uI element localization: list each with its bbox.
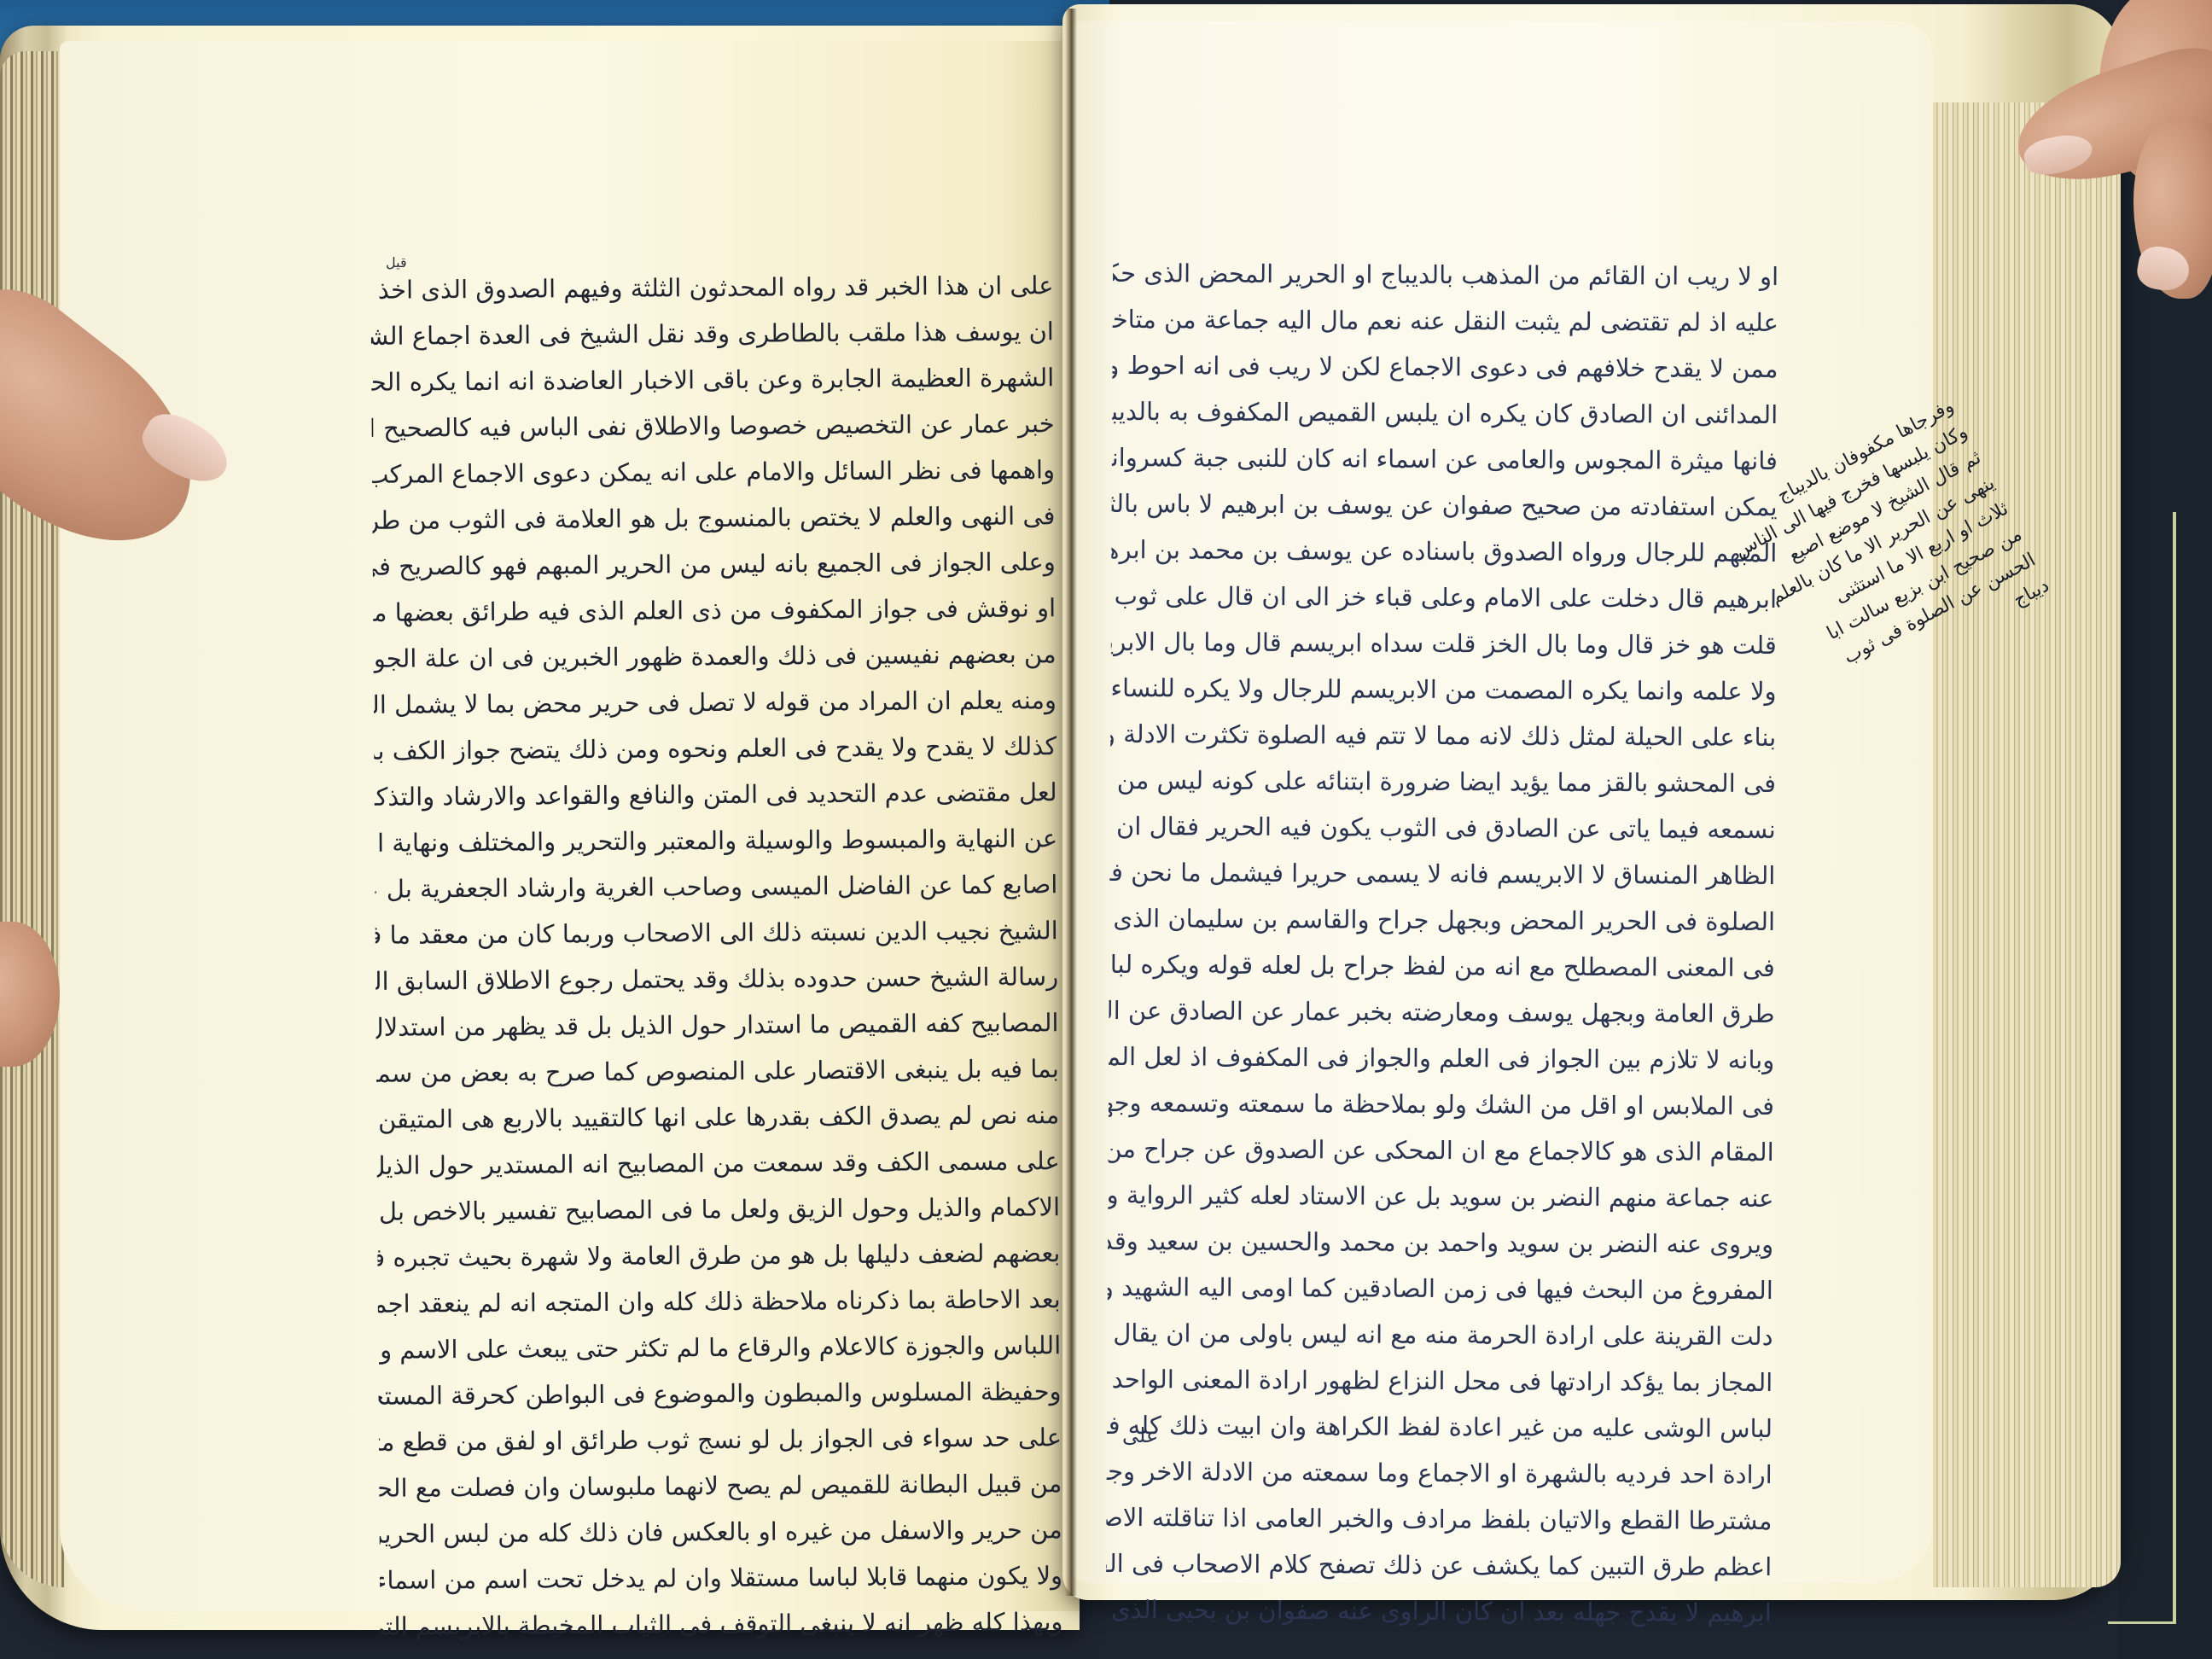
- text-line: على حد سواء فى الجواز بل لو نسج ثوب طرائ…: [379, 1414, 1062, 1465]
- text-line: نسمعه فيما ياتى عن الصادق فى الثوب يكون …: [1110, 803, 1776, 853]
- text-line: ابرهيم لا يقدح جهله بعد ان كان الراوى عن…: [1106, 1586, 1772, 1636]
- text-line: او لا ريب ان القائم من المذهب بالديباج ا…: [1113, 250, 1778, 300]
- left-page-edges: [0, 51, 64, 1587]
- text-line: الاكمام والذيل وحول الزيق ولعل ما فى الم…: [377, 1184, 1060, 1235]
- text-line: المجاز بما يؤكد ارادتها فى محل النزاع لظ…: [1107, 1356, 1773, 1406]
- text-line: خبر عمار عن التخصيص خصوصا والاطلاق نفى ا…: [371, 400, 1054, 451]
- catchword: على: [1122, 1423, 1158, 1447]
- text-line: ابرهيم قال دخلت على الامام وعلى قباء خز …: [1111, 573, 1777, 622]
- text-line: الصلوة فى الحرير المحض وبجهل جراح والقاس…: [1109, 895, 1775, 945]
- text-line: عليه اذ لم تقتضى لم يثبت النقل عنه نعم م…: [1113, 296, 1778, 346]
- text-line: منه نص لم يصدق الكف بقدرها على انها كالت…: [376, 1091, 1059, 1143]
- right-page-edges: [1933, 102, 2121, 1587]
- text-line: المقام الذى هو كالاجماع مع ان المحكى عن …: [1109, 1126, 1774, 1175]
- text-line: عن النهاية والمبسوط والوسيلة والمعتبر وا…: [375, 815, 1057, 866]
- text-line: وحفيظة المسلوس والمبطون والموضوع فى البو…: [378, 1368, 1061, 1419]
- text-line: من قبيل البطانة للقميص لم يصح لانهما ملب…: [379, 1460, 1062, 1511]
- text-line: اللباس والجوزة كالاعلام والرقاع ما لم تك…: [378, 1322, 1061, 1373]
- text-line: المدائنى ان الصادق كان يكره ان يلبس القم…: [1112, 388, 1778, 438]
- text-line: وعلى الجواز فى الجميع بانه ليس من الحرير…: [373, 538, 1056, 590]
- text-line: ويروى عنه النضر بن سويد واحمد بن محمد وا…: [1108, 1218, 1773, 1267]
- text-line: اصابع كما عن الفاضل الميسى وصاحب الغرية …: [375, 861, 1057, 912]
- text-line: طرق العامة وبجهل يوسف ومعارضته بخبر عمار…: [1109, 987, 1774, 1037]
- text-line: من بعضهم نفيسين فى ذلك والعمدة ظهور الخب…: [373, 631, 1056, 682]
- text-line: دلت القرينة على ارادة الحرمة منه مع انه …: [1107, 1310, 1773, 1359]
- text-line: لباس الوشى عليه من غير اعادة لفظ الكراهة…: [1107, 1402, 1773, 1452]
- text-line: بما فيه بل ينبغى الاقتصار على المنصوص كم…: [376, 1045, 1059, 1097]
- book-gutter: [1065, 9, 1077, 1596]
- text-line: فى المحشو بالقز مما يؤيد ايضا ضرورة ابتن…: [1110, 757, 1776, 806]
- text-line: الشيخ نجيب الدين نسبته ذلك الى الاصحاب و…: [375, 907, 1058, 958]
- text-line: ممن لا يقدح خلافهم فى دعوى الاجماع لكن ل…: [1112, 342, 1778, 392]
- text-line: على مسمى الكف وقد سمعت من المصابيح انه ا…: [377, 1138, 1060, 1189]
- text-line: لعل مقتضى عدم التحديد فى المتن والنافع و…: [375, 769, 1057, 820]
- mat-frame-line: [2173, 512, 2176, 1621]
- text-line: ولا علمه وانما يكره المصمت من الابريسم ل…: [1110, 665, 1776, 714]
- text-line: ولا يكون منهما قابلا لباسا مستقلا وان لم…: [380, 1552, 1062, 1604]
- text-line: بعد الاحاطة بما ذكرناه ملاحظة ذلك كله وا…: [378, 1276, 1061, 1327]
- text-line: رسالة الشيخ حسن حدوده بذلك وقد يحتمل رجو…: [375, 953, 1058, 1004]
- manuscript-photo: قيل على ان هذا الخبر قد رواه المحدثون ال…: [0, 0, 2212, 1659]
- text-line: يمكن استفادته من صحيح صفوان عن يوسف بن ا…: [1112, 480, 1778, 530]
- text-line: المصابيح كفه القميص ما استدار حول الذيل …: [375, 999, 1058, 1051]
- text-line: بعضهم لضعف دليلها بل هو من طرق العامة ول…: [377, 1230, 1060, 1281]
- text-line: ومنه يعلم ان المراد من قوله لا تصل فى حر…: [374, 677, 1057, 728]
- text-line: فانها ميثرة المجوس والعامى عن اسماء انه …: [1112, 434, 1778, 484]
- text-line: على ان هذا الخبر قد رواه المحدثون الثلثة…: [370, 262, 1053, 313]
- text-line: كذلك لا يقدح ولا يقدح فى العلم ونحوه ومن…: [374, 723, 1057, 774]
- text-line: المفروغ من البحث فيها فى زمن الصادقين كم…: [1108, 1264, 1773, 1313]
- left-page-text: على ان هذا الخبر قد رواه المحدثون الثلثة…: [370, 262, 1062, 1650]
- right-page-text: او لا ريب ان القائم من المذهب بالديباج ا…: [1106, 250, 1778, 1636]
- text-line: فى المعنى المصطلح مع انه من لفظ جراح بل …: [1109, 941, 1775, 991]
- text-line: الظاهر المنساق لا الابريسم فانه لا يسمى …: [1109, 849, 1775, 899]
- text-line: او نوقش فى جواز المكفوف من ذى العلم الذى…: [373, 585, 1056, 636]
- text-line: واهمها فى نظر السائل والامام على انه يمك…: [372, 446, 1055, 498]
- text-line: ارادة احد فرديه بالشهرة او الاجماع وما س…: [1107, 1448, 1773, 1498]
- text-line: مشترطا القطع والاتيان بلفظ مرادف والخبر …: [1106, 1494, 1772, 1544]
- text-line: بناء على الحيلة لمثل ذلك لانه مما لا تتم…: [1110, 711, 1776, 760]
- text-line: وبهذا كله ظهر انه لا ينبغى التوقف فى الث…: [380, 1598, 1062, 1650]
- text-line: من حرير والاسفل من غيره او بالعكس فان ذل…: [380, 1506, 1062, 1557]
- text-line: المبهم للرجال ورواه الصدوق باسناده عن يو…: [1111, 527, 1777, 576]
- mat-frame-line: [2108, 1621, 2176, 1624]
- text-line: اعظم طرق التبين كما يكشف عن ذلك تصفح كلا…: [1106, 1540, 1772, 1590]
- text-line: عنه جماعة منهم النضر بن سويد بل عن الاست…: [1108, 1172, 1773, 1221]
- text-line: الشهرة العظيمة الجابرة وعن باقى الاخبار …: [371, 354, 1054, 405]
- text-line: قلت هو خز قال وما بال الخز قلت سداه ابري…: [1111, 619, 1777, 668]
- text-line: ان يوسف هذا ملقب بالطاطرى وقد نقل الشيخ …: [371, 308, 1054, 359]
- text-line: فى النهى والعلم لا يختص بالمنسوج بل هو ا…: [372, 492, 1055, 544]
- text-line: وبانه لا تلازم بين الجواز فى العلم والجو…: [1109, 1033, 1774, 1083]
- text-line: فى الملابس او اقل من الشك ولو بملاحظة ما…: [1109, 1080, 1774, 1129]
